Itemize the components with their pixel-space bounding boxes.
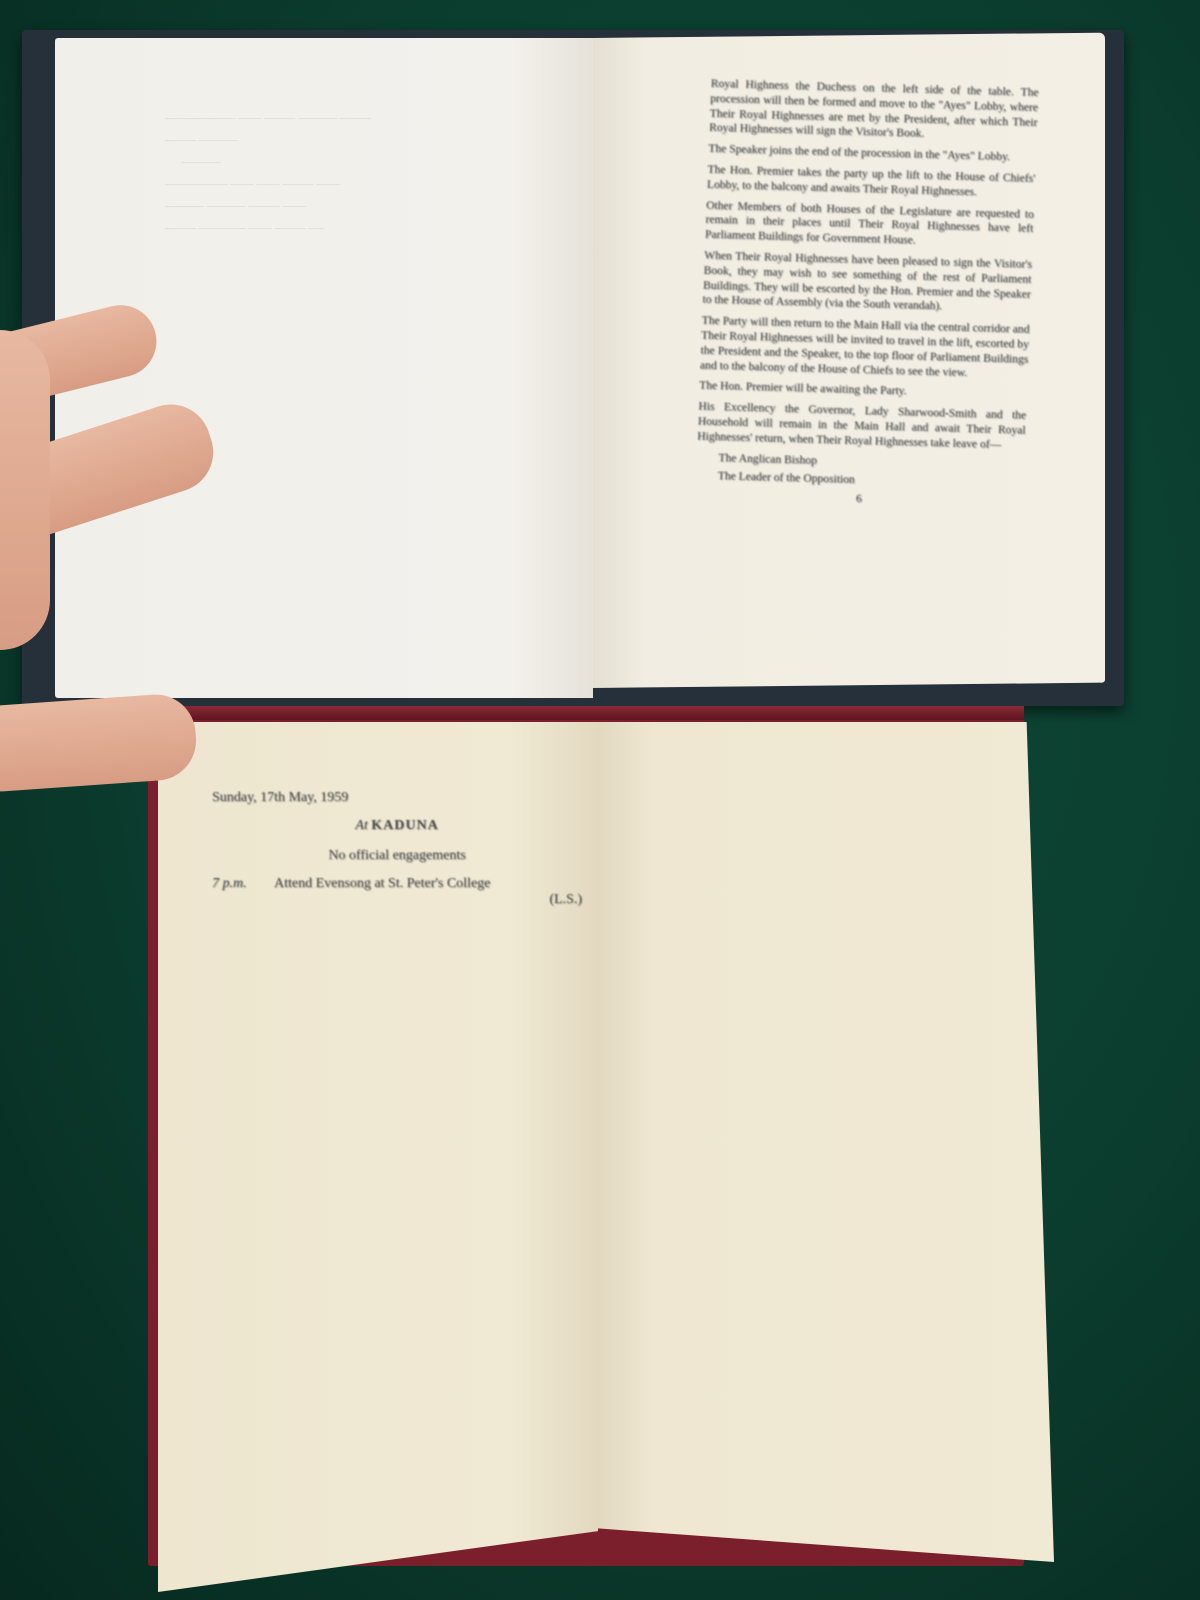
entry-text: Attend Evensong at St. Peter's College: [274, 876, 582, 892]
paragraph: The Hon. Premier takes the party up the …: [707, 163, 1036, 202]
paragraph: The Speaker joins the end of the process…: [708, 142, 1036, 166]
programme-entry: 7 p.m. Attend Evensong at St. Peter's Co…: [212, 876, 582, 908]
entry-time: 7 p.m.: [212, 876, 256, 908]
bottom-booklet-right-page: [598, 722, 1054, 1562]
paragraph: The Party will then return to the Main H…: [700, 314, 1030, 382]
programme-note: No official engagements: [212, 848, 582, 864]
programme-text: Royal Highness the Duchess on the left s…: [695, 77, 1039, 512]
paragraph: Other Members of both Houses of the Legi…: [705, 198, 1034, 252]
paragraph: Royal Highness the Duchess on the left s…: [709, 77, 1039, 145]
place-prefix: At: [355, 818, 367, 833]
paragraph: When Their Royal Highnesses have been pl…: [702, 249, 1032, 317]
top-booklet-right-page: Royal Highness the Duchess on the left s…: [593, 33, 1105, 688]
paragraph: His Excellency the Governor, Lady Sharwo…: [697, 400, 1026, 454]
bottom-booklet-spine-band: [148, 706, 1024, 720]
programme-date: Sunday, 17th May, 1959: [212, 790, 582, 806]
hand-palm: [0, 330, 50, 650]
entry-note: (L.S.): [274, 892, 582, 908]
place-name: KADUNA: [371, 818, 438, 833]
paragraph: The Hon. Premier will be awaiting the Pa…: [699, 379, 1027, 403]
daily-programme: Sunday, 17th May, 1959 At KADUNA No offi…: [212, 790, 582, 908]
show-through-text: ───────── ─── ──── ───── ──────── ───── …: [165, 108, 585, 240]
programme-place: At KADUNA: [212, 818, 582, 834]
